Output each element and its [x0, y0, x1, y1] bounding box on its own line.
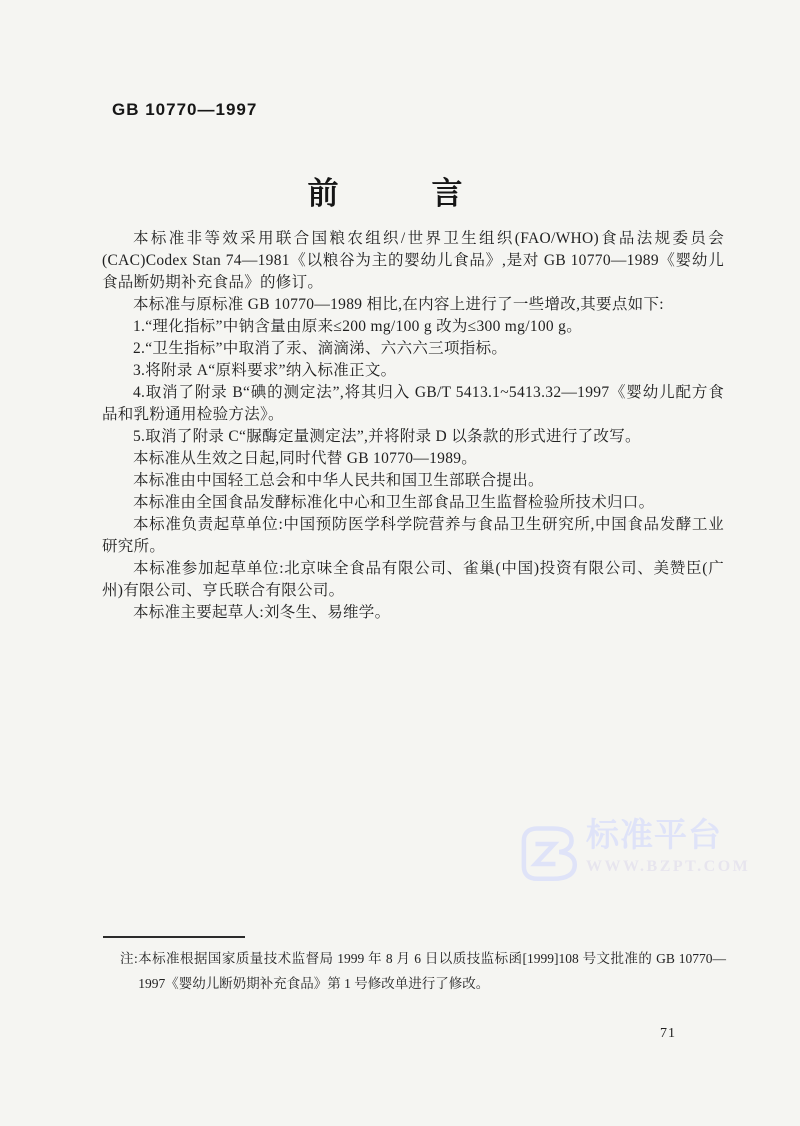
foreword-paragraph-drafters: 本标准主要起草人:刘冬生、易维学。 — [102, 602, 724, 624]
watermark-name: 标准平台 — [586, 816, 750, 856]
foreword-change-item-1: 1.“理化指标”中钠含量由原来≤200 mg/100 g 改为≤300 mg/1… — [102, 316, 724, 338]
foreword-change-item-4: 4.取消了附录 B“碘的测定法”,将其归入 GB/T 5413.1~5413.3… — [102, 382, 724, 426]
foreword-paragraph-participating-units: 本标准参加起草单位:北京味全食品有限公司、雀巢(中国)投资有限公司、美赞臣(广州… — [102, 558, 724, 602]
foreword-paragraph-drafting-unit: 本标准负责起草单位:中国预防医学科学院营养与食品卫生研究所,中国食品发酵工业研究… — [102, 514, 724, 558]
page-title: 前 言 — [102, 168, 668, 213]
footnote: 注:本标准根据国家质量技术监督局 1999 年 8 月 6 日以质技监标函[19… — [120, 946, 726, 996]
foreword-paragraph-changes-lead: 本标准与原标准 GB 10770—1989 相比,在内容上进行了一些增改,其要点… — [102, 294, 724, 316]
foreword-paragraph-intro: 本标准非等效采用联合国粮农组织/世界卫生组织(FAO/WHO)食品法规委员会(C… — [102, 228, 724, 294]
foreword-paragraph-proposed-by: 本标准由中国轻工总会和中华人民共和国卫生部联合提出。 — [102, 470, 724, 492]
document-page: GB 10770—1997 前 言 本标准非等效采用联合国粮农组织/世界卫生组织… — [0, 0, 800, 1126]
watermark: 标准平台 WWW.BZPT.COM — [518, 816, 750, 887]
foreword-body: 本标准非等效采用联合国粮农组织/世界卫生组织(FAO/WHO)食品法规委员会(C… — [102, 228, 724, 624]
foreword-change-item-5: 5.取消了附录 C“脲酶定量测定法”,并将附录 D 以条款的形式进行了改写。 — [102, 426, 724, 448]
foreword-paragraph-replacement: 本标准从生效之日起,同时代替 GB 10770—1989。 — [102, 448, 724, 470]
standard-number: GB 10770—1997 — [112, 100, 257, 120]
footnote-divider — [103, 936, 245, 938]
foreword-paragraph-technical-unit: 本标准由全国食品发酵标准化中心和卫生部食品卫生监督检验所技术归口。 — [102, 492, 724, 514]
watermark-url: WWW.BZPT.COM — [586, 856, 750, 878]
foreword-change-item-3: 3.将附录 A“原料要求”纳入标准正文。 — [102, 360, 724, 382]
bzpt-logo-icon — [518, 824, 580, 887]
foreword-change-item-2: 2.“卫生指标”中取消了汞、滴滴涕、六六六三项指标。 — [102, 338, 724, 360]
page-number: 71 — [660, 1026, 676, 1042]
watermark-text: 标准平台 WWW.BZPT.COM — [586, 816, 750, 878]
